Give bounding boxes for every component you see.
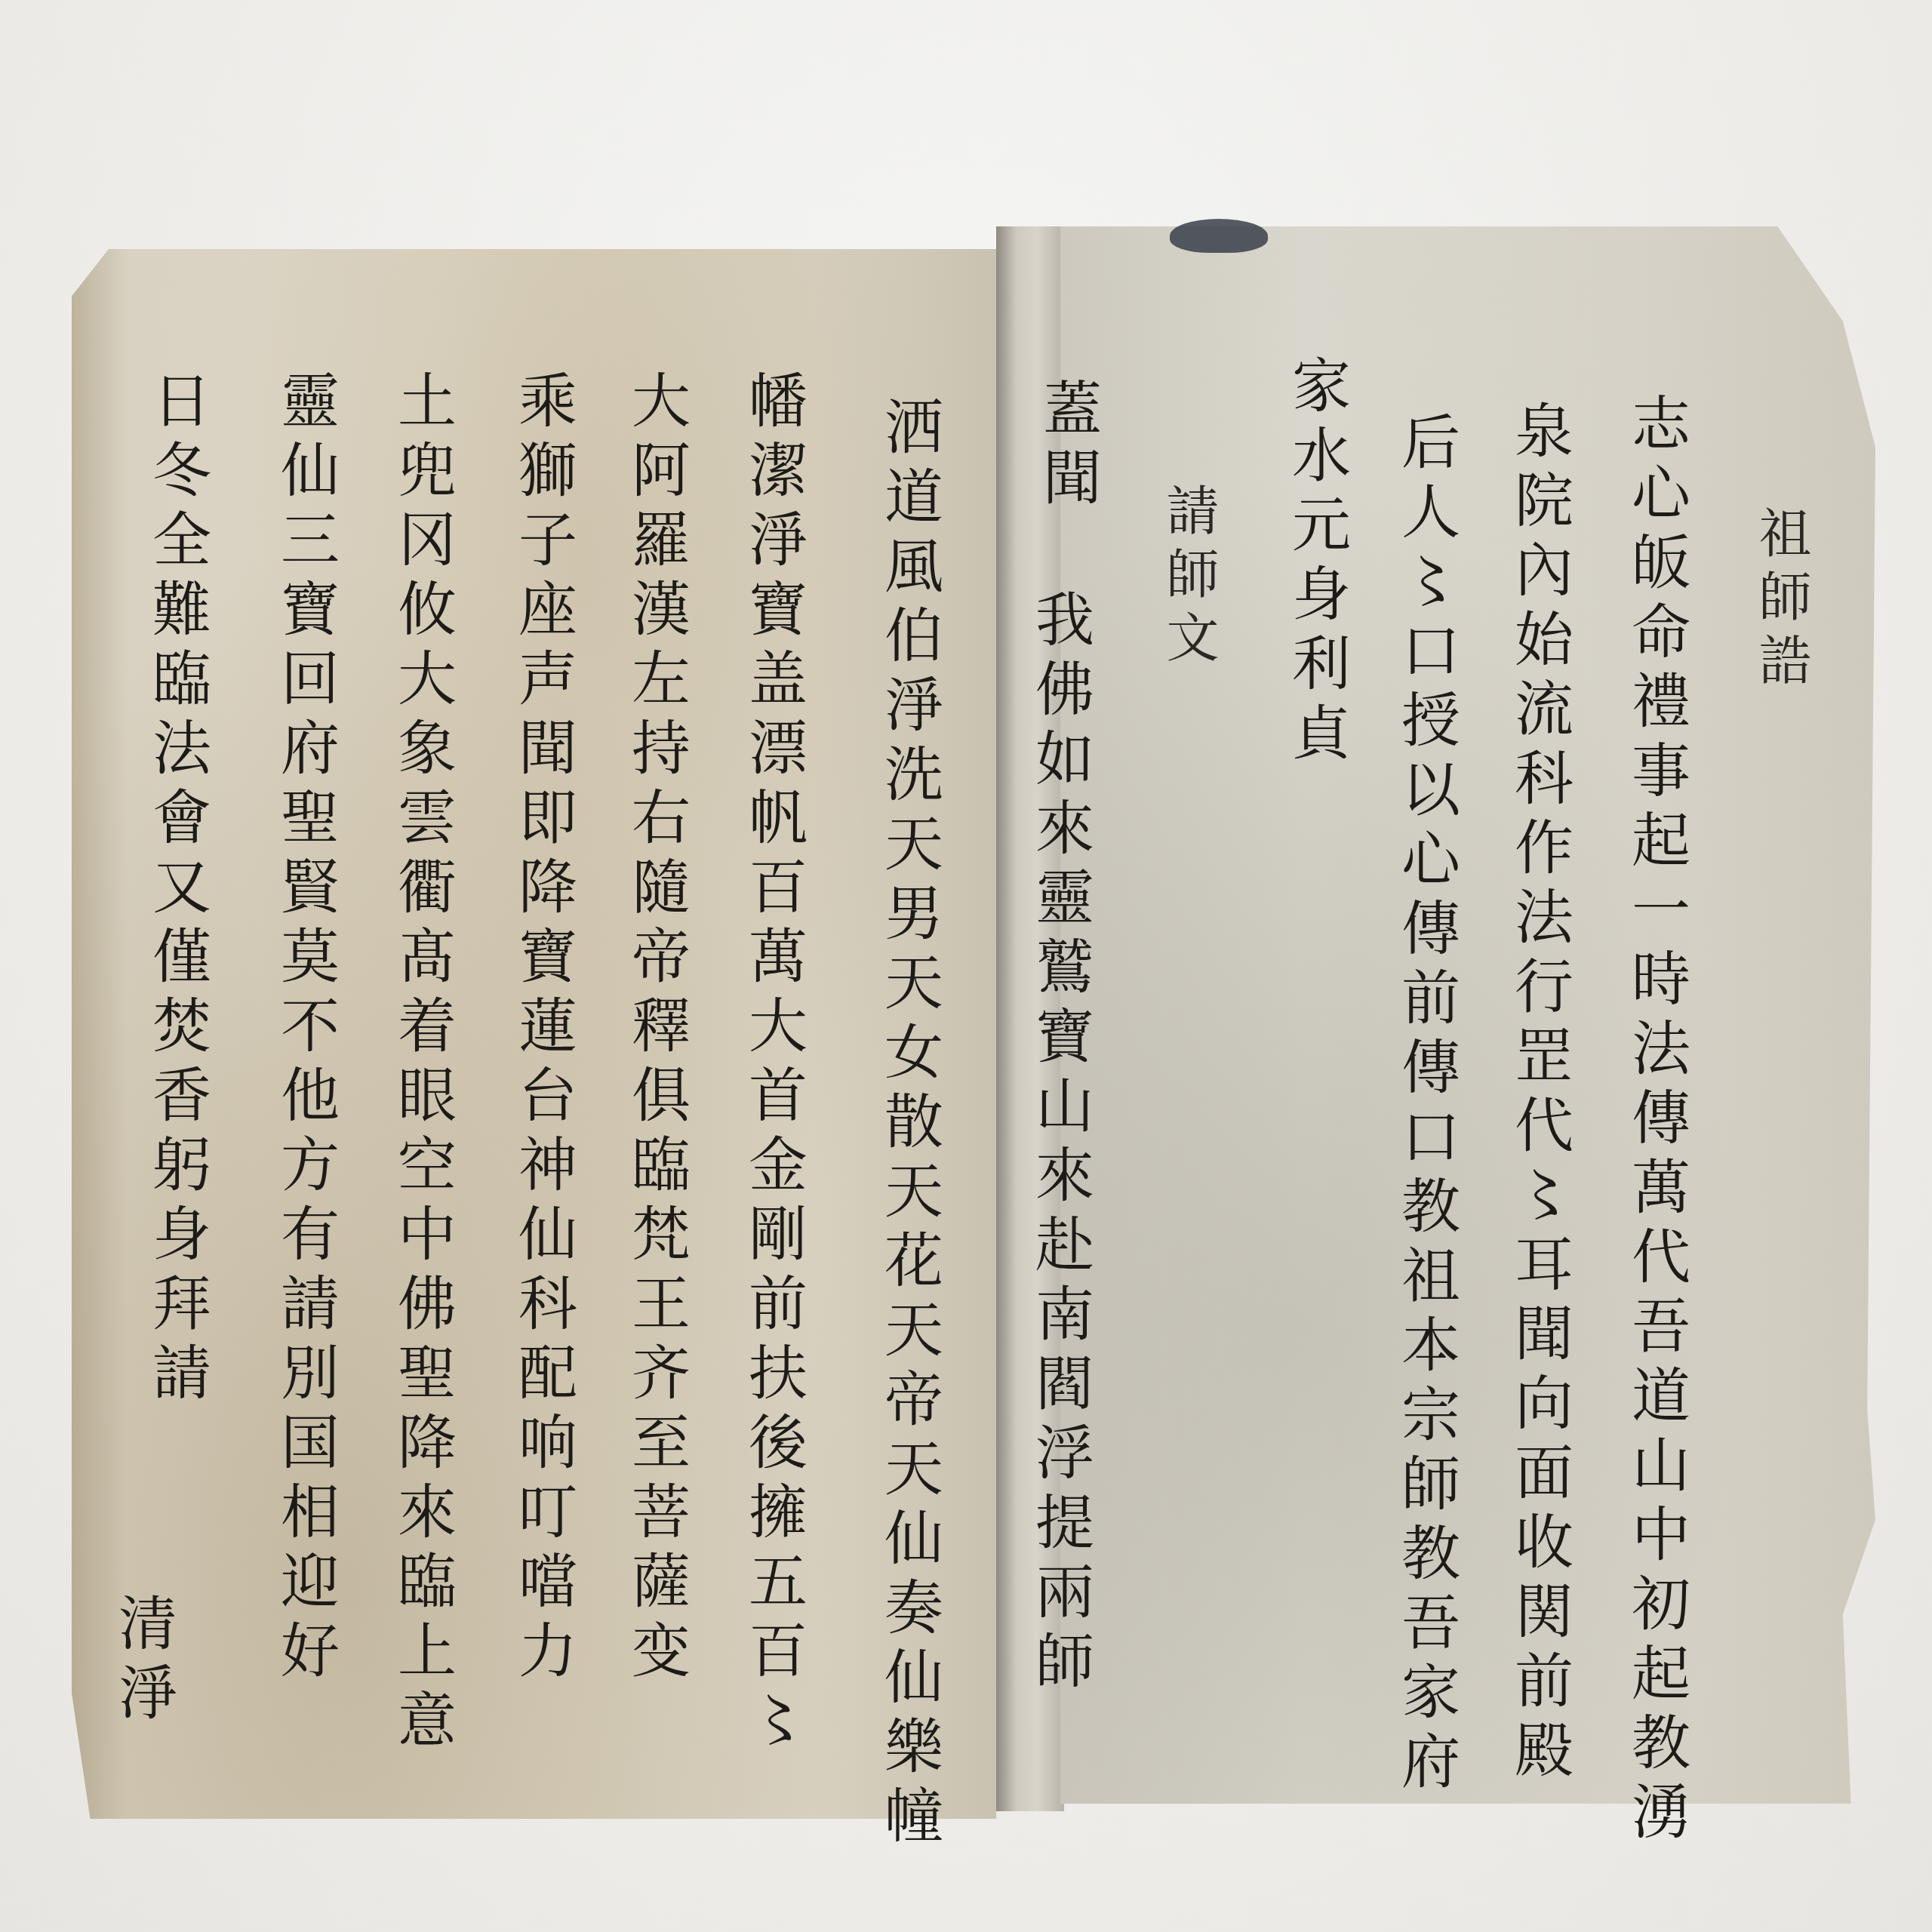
section-heading: 請師文	[1162, 483, 1215, 673]
text-column: 土兜冈攸大象雲衢髙着眼空中佛聖降來臨上意	[392, 370, 451, 1758]
page-title: 祖師誥	[1755, 506, 1807, 696]
text-column: 大阿羅漢左持右隨帝釋俱臨梵王齐至菩薩变	[626, 370, 685, 1689]
text-column: 志心皈命禮事起一時法傳萬代吾道山中初起教湧	[1626, 392, 1685, 1850]
text-column: 靈仙三寶回府聖賢莫不他方有請別国相迎好	[275, 370, 334, 1689]
right-page	[1060, 226, 1875, 1804]
text-column: 我佛如來靈鷲寶山來赴南閻浮提兩師	[1030, 589, 1089, 1700]
text-column: 乘獅子座声聞即降寶蓮台神仙科配响叮噹力	[513, 370, 572, 1689]
closing-phrase: 清淨	[113, 1592, 172, 1731]
open-book	[72, 226, 1875, 1819]
opening-phrase: 蓋聞	[1038, 377, 1097, 516]
text-column: 洒道風伯淨洗天男天女散天花天帝天仙奏仙樂幢	[879, 396, 938, 1854]
text-column: 日冬全難臨法會又僅焚香躬身拜請	[147, 370, 206, 1411]
text-column: 后人〻口授以心傳前傳口教祖本宗師教吾家府	[1396, 411, 1455, 1800]
ink-stain	[1170, 219, 1268, 253]
text-column: 家水元身利貞	[1287, 355, 1346, 771]
text-column: 泉院內始流科作法行罡代〻耳聞向面收関前殿	[1509, 400, 1568, 1789]
text-column: 幡潔淨寶盖漂帆百萬大首金剛前扶後擁五百〻	[743, 370, 802, 1758]
